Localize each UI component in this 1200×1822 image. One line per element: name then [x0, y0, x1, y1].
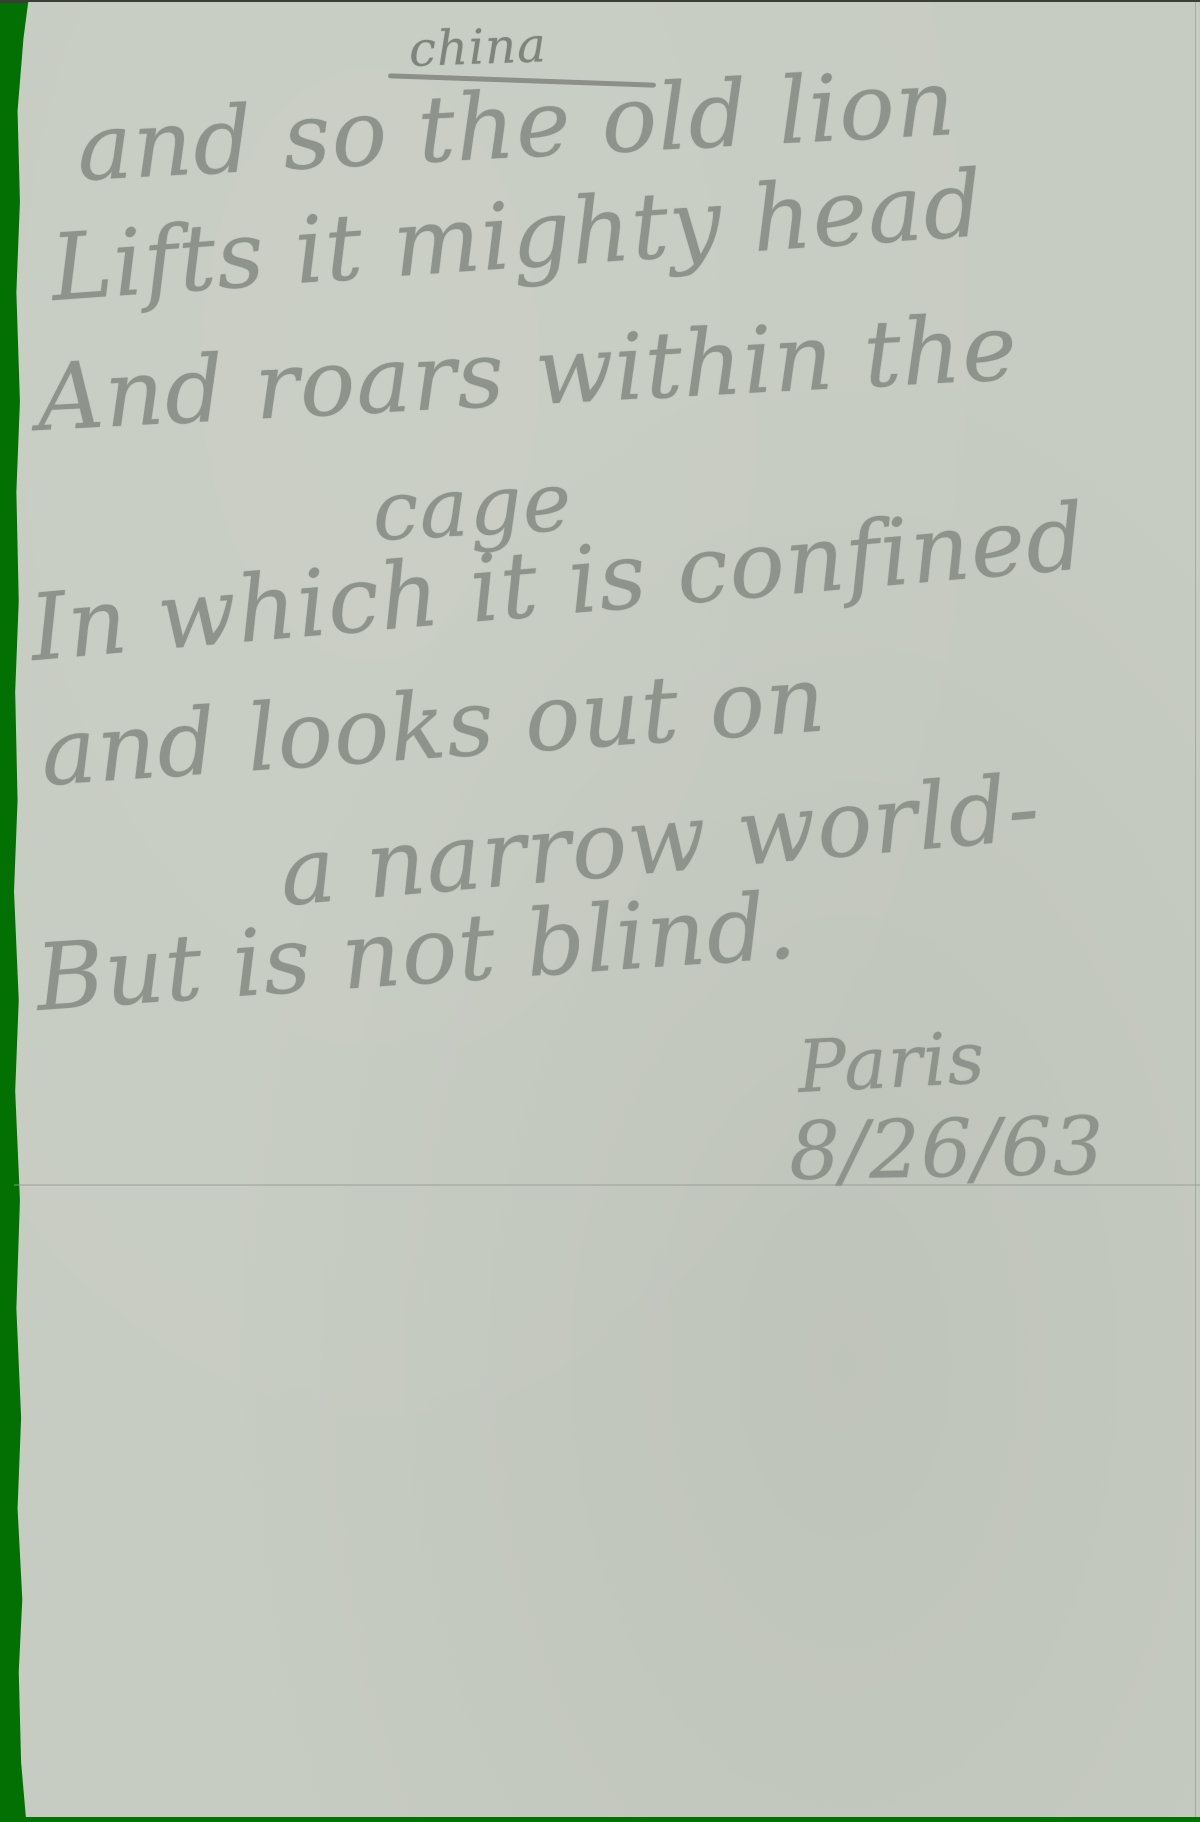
signature-place: Paris	[796, 1015, 988, 1109]
poem-title: china	[408, 17, 548, 78]
paper-right-edge	[1195, 2, 1196, 1817]
signature-date: 8/26/63	[788, 1100, 1105, 1198]
